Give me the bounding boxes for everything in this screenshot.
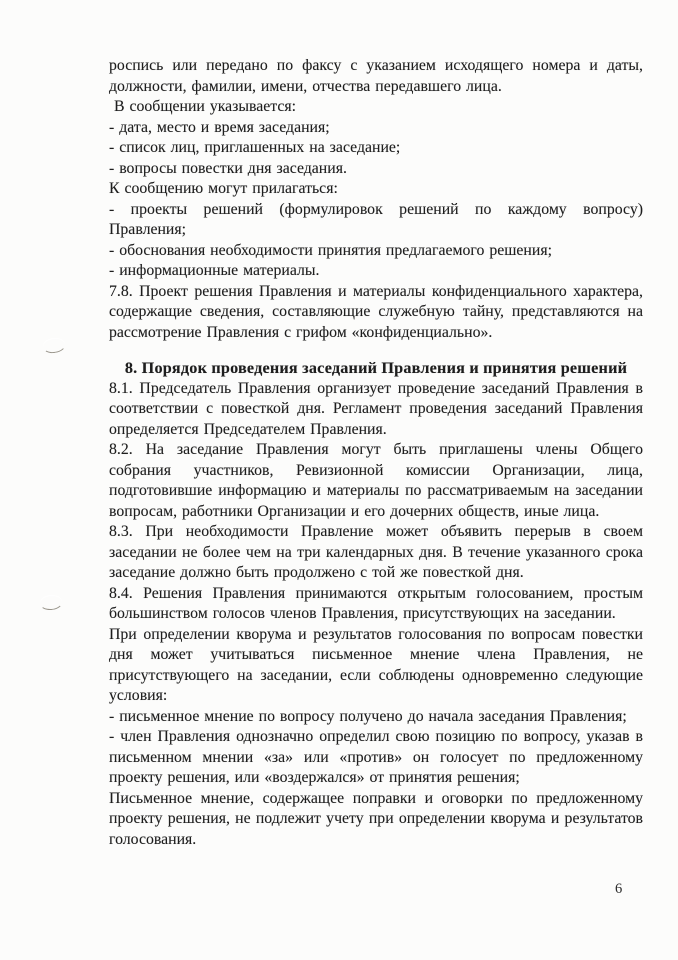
paragraph-clause-8-4: 8.4. Решения Правления принимаются откры… [109, 584, 643, 625]
list-item: - обоснования необходимости принятия пре… [109, 241, 643, 262]
crease-mark-icon [41, 335, 67, 354]
list-item: - список лиц, приглашенных на заседание; [109, 138, 643, 159]
list-item: - письменное мнение по вопросу получено … [109, 707, 643, 728]
page-number: 6 [615, 881, 622, 898]
document-content: роспись или передано по факсу с указание… [109, 56, 643, 850]
paragraph: Письменное мнение, содержащее поправки и… [109, 789, 643, 851]
list-item: - вопросы повестки дня заседания. [109, 159, 643, 180]
scanned-document-page: роспись или передано по факсу с указание… [0, 0, 678, 960]
paragraph-clause-7-8: 7.8. Проект решения Правления и материал… [109, 282, 643, 344]
list-item: - дата, место и время заседания; [109, 118, 643, 139]
paragraph-clause-8-1: 8.1. Председатель Правления организует п… [109, 379, 643, 441]
paragraph: При определении кворума и результатов го… [109, 625, 643, 707]
section-heading: 8. Порядок проведения заседаний Правлени… [109, 358, 643, 379]
paragraph: В сообщении указывается: [109, 97, 643, 118]
paragraph: К сообщению могут прилагаться: [109, 179, 643, 200]
crease-mark-icon [38, 593, 63, 611]
list-item: - информационные материалы. [109, 261, 643, 282]
paragraph-continuation: роспись или передано по факсу с указание… [109, 56, 643, 97]
paragraph-clause-8-3: 8.3. При необходимости Правление может о… [109, 522, 643, 584]
list-item: - проекты решений (формулировок решений … [109, 200, 643, 241]
list-item: - член Правления однозначно определил св… [109, 727, 643, 789]
paragraph-clause-8-2: 8.2. На заседание Правления могут быть п… [109, 440, 643, 522]
